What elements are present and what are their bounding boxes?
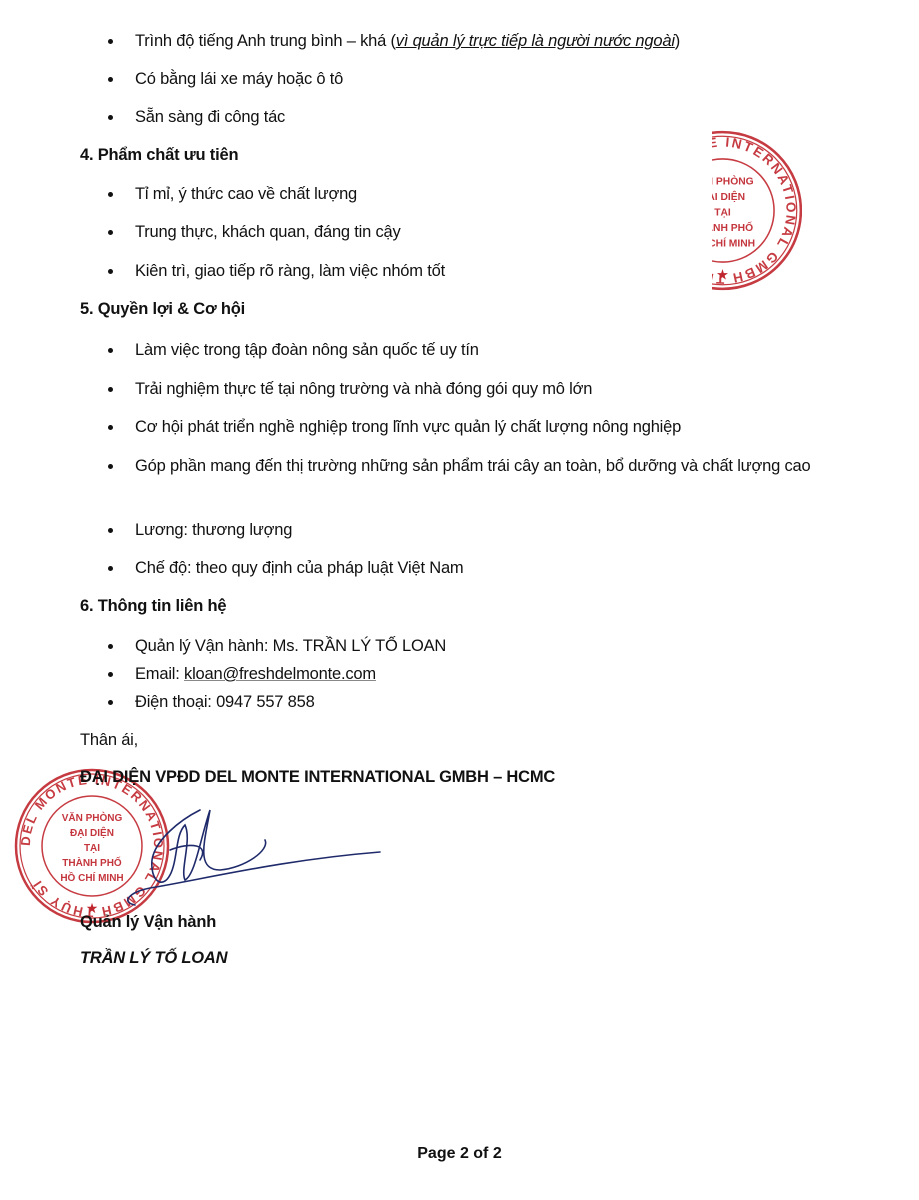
closing-text: Thân ái, — [80, 731, 138, 750]
contact-phone: Điện thoại: 0947 557 858 — [108, 689, 835, 716]
list-item: Trải nghiệm thực tế tại nông trường và n… — [108, 376, 835, 403]
section-heading: 6. Thông tin liên hệ — [80, 597, 226, 616]
signatory-name: TRẦN LÝ TỐ LOAN — [80, 949, 227, 968]
bullet-icon — [108, 425, 113, 430]
signature-icon — [60, 780, 400, 920]
svg-text:★: ★ — [716, 268, 729, 284]
list-item: Chế độ: theo quy định của pháp luật Việt… — [108, 555, 835, 582]
bullet-icon — [108, 192, 113, 197]
note-text: vì quản lý trực tiếp là người nước ngoài — [396, 32, 675, 50]
bullet-icon — [108, 230, 113, 235]
svg-text:TẠI: TẠI — [714, 208, 731, 219]
bullet-icon — [108, 566, 113, 571]
svg-text:ĐẠI DIỆN: ĐẠI DIỆN — [712, 190, 745, 203]
section-heading: 5. Quyền lợi & Cơ hội — [80, 300, 245, 319]
bullet-icon — [108, 387, 113, 392]
list-item: Lương: thương lượng — [108, 517, 835, 544]
bullet-icon — [108, 269, 113, 274]
bullet-icon — [108, 77, 113, 82]
list-item: Trình độ tiếng Anh trung bình – khá (vì … — [108, 28, 835, 55]
list-item: Cơ hội phát triển nghề nghiệp trong lĩnh… — [108, 414, 835, 441]
company-stamp-icon: DEL MONTE INTERNATIONAL GMBH THỤY SĨ VĂN… — [712, 128, 802, 293]
bullet-icon — [108, 672, 113, 677]
bullet-icon — [108, 348, 113, 353]
section-heading: 4. Phẩm chất ưu tiên — [80, 146, 238, 165]
bullet-icon — [108, 39, 113, 44]
bullet-icon — [108, 644, 113, 649]
document-page: Trình độ tiếng Anh trung bình – khá (vì … — [0, 0, 919, 1200]
svg-text:VĂN PHÒNG: VĂN PHÒNG — [712, 175, 754, 188]
bullet-icon — [108, 464, 113, 469]
svg-text:HỒ CHÍ MINH: HỒ CHÍ MINH — [712, 237, 755, 250]
list-item: Sẵn sàng đi công tác — [108, 104, 835, 131]
email-link[interactable]: kloan@freshdelmonte.com — [184, 665, 376, 683]
bullet-icon — [108, 700, 113, 705]
svg-text:THÀNH PHỐ: THÀNH PHỐ — [712, 220, 753, 234]
page-number: Page 2 of 2 — [0, 1145, 919, 1163]
bullet-icon — [108, 115, 113, 120]
contact-manager: Quản lý Vận hành: Ms. TRẦN LÝ TỐ LOAN — [108, 633, 835, 660]
stamp-partial: DEL MONTE INTERNATIONAL GMBH THỤY SĨ VĂN… — [712, 128, 802, 293]
list-item: Có bằng lái xe máy hoặc ô tô — [108, 66, 835, 93]
contact-email: Email: kloan@freshdelmonte.com — [108, 661, 835, 688]
list-item: Góp phần mang đến thị trường những sản p… — [108, 453, 835, 480]
signatory-title: Quản lý Vận hành — [80, 913, 216, 932]
list-item: Làm việc trong tập đoàn nông sản quốc tế… — [108, 337, 835, 364]
bullet-icon — [108, 528, 113, 533]
